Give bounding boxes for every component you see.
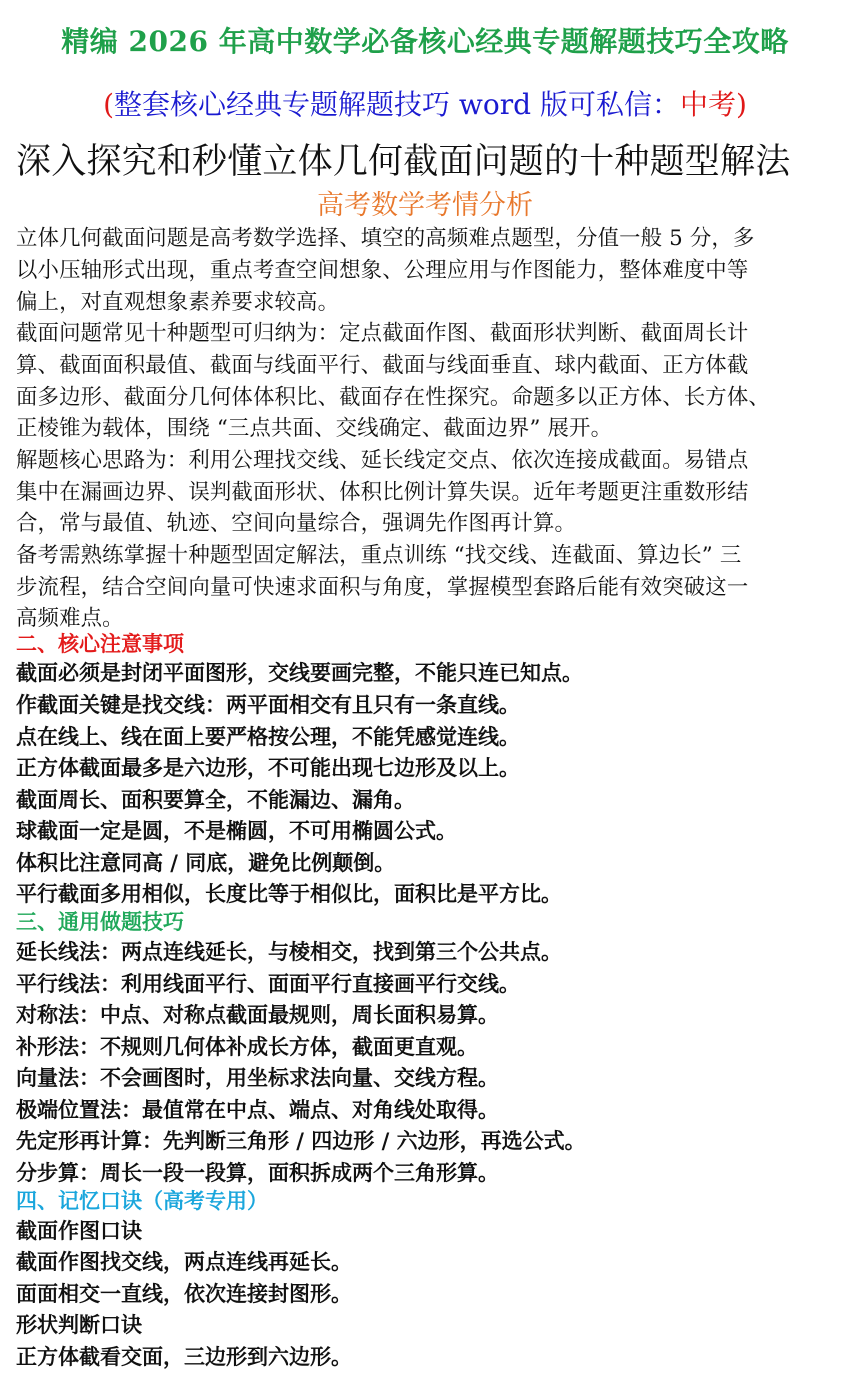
technique-item: 先定形再计算：先判断三角形 / 四边形 / 六边形，再选公式。: [16, 1125, 586, 1155]
section-heading-mnemonics: 四、记忆口诀（高考专用）: [16, 1185, 268, 1215]
mnemonic-subheading: 形状判断口诀: [16, 1309, 142, 1339]
mnemonic-subheading: 截面作图口诀: [16, 1215, 142, 1245]
note-item: 平行截面多用相似，长度比等于相似比，面积比是平方比。: [16, 878, 562, 908]
top-title: 精编 2026 年高中数学必备核心经典专题解题技巧全攻略: [0, 20, 850, 60]
note-item: 正方体截面最多是六边形，不可能出现七边形及以上。: [16, 752, 520, 782]
technique-item: 分步算：周长一段一段算，面积拆成两个三角形算。: [16, 1157, 499, 1187]
subtitle: (整套核心经典专题解题技巧 word 版可私信：中考): [0, 83, 850, 123]
note-item: 作截面关键是找交线：两平面相交有且只有一条直线。: [16, 689, 520, 719]
analysis-line: 偏上，对直观想象素养要求较高。: [16, 285, 339, 316]
technique-item: 对称法：中点、对称点截面最规则，周长面积易算。: [16, 999, 499, 1029]
section-heading-techniques: 三、通用做题技巧: [16, 906, 184, 936]
mnemonic-item: 面面相交一直线，依次连接封图形。: [16, 1278, 352, 1308]
analysis-line: 合，常与最值、轨迹、空间向量综合，强调先作图再计算。: [16, 506, 576, 537]
analysis-line: 集中在漏画边界、误判截面形状、体积比例计算失误。近年考题更注重数形结: [16, 475, 748, 506]
mnemonic-item: 截面作图找交线，两点连线再延长。: [16, 1246, 352, 1276]
technique-item: 延长线法：两点连线延长，与棱相交，找到第三个公共点。: [16, 936, 562, 966]
technique-item: 平行线法：利用线面平行、面面平行直接画平行交线。: [16, 968, 520, 998]
analysis-line: 备考需熟练掌握十种题型固定解法，重点训练 “找交线、连截面、算边长” 三: [16, 538, 741, 569]
page-title: 深入探究和秒懂立体几何截面问题的十种题型解法: [16, 134, 790, 184]
analysis-line: 以小压轴形式出现，重点考查空间想象、公理应用与作图能力，整体难度中等: [16, 253, 748, 284]
note-item: 点在线上、线在面上要严格按公理，不能凭感觉连线。: [16, 721, 520, 751]
technique-item: 极端位置法：最值常在中点、端点、对角线处取得。: [16, 1094, 499, 1124]
subtitle-text: 整套核心经典专题解题技巧 word 版可私信：: [114, 88, 680, 121]
note-item: 球截面一定是圆，不是椭圆，不可用椭圆公式。: [16, 815, 457, 845]
analysis-line: 步流程，结合空间向量可快速求面积与角度，掌握模型套路后能有效突破这一: [16, 570, 748, 601]
document-page: 精编 2026 年高中数学必备核心经典专题解题技巧全攻略 (整套核心经典专题解题…: [0, 0, 850, 1389]
subtitle-close-paren: ): [736, 88, 747, 121]
technique-item: 向量法：不会画图时，用坐标求法向量、交线方程。: [16, 1062, 499, 1092]
note-item: 体积比注意同高 / 同底，避免比例颠倒。: [16, 847, 395, 877]
analysis-heading: 高考数学考情分析: [0, 183, 850, 222]
note-item: 截面必须是封闭平面图形，交线要画完整，不能只连已知点。: [16, 657, 583, 687]
analysis-line: 截面问题常见十种题型可归纳为：定点截面作图、截面形状判断、截面周长计: [16, 316, 748, 347]
technique-item: 补形法：不规则几何体补成长方体，截面更直观。: [16, 1031, 478, 1061]
analysis-line: 解题核心思路为：利用公理找交线、延长线定交点、依次连接成截面。易错点: [16, 443, 748, 474]
analysis-line: 正棱锥为载体，围绕 “三点共面、交线确定、截面边界” 展开。: [16, 411, 612, 442]
subtitle-highlight: 中考: [680, 88, 736, 121]
mnemonic-item: 正方体截看交面，三边形到六边形。: [16, 1341, 352, 1371]
subtitle-open-paren: (: [103, 88, 114, 121]
analysis-line: 面多边形、截面分几何体体积比、截面存在性探究。命题多以正方体、长方体、: [16, 380, 770, 411]
note-item: 截面周长、面积要算全，不能漏边、漏角。: [16, 784, 415, 814]
analysis-line: 算、截面面积最值、截面与线面平行、截面与线面垂直、球内截面、正方体截: [16, 348, 748, 379]
section-heading-notes: 二、核心注意事项: [16, 628, 184, 658]
analysis-line: 立体几何截面问题是高考数学选择、填空的高频难点题型，分值一般 5 分，多: [16, 221, 755, 252]
